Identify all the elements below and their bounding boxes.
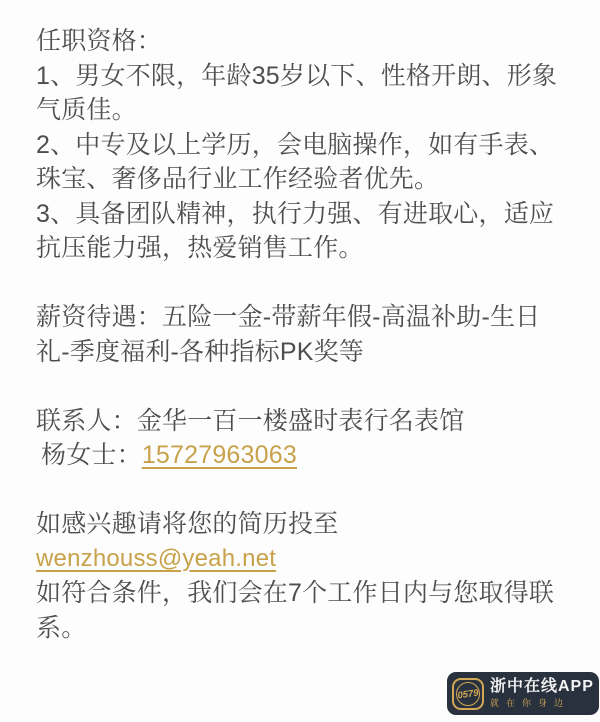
contact-person-label: 杨女士： — [41, 441, 142, 469]
qualification-line: 2、中专及以上学历，会电脑操作，如有手表、 — [36, 128, 570, 163]
salary-line: 礼-季度福利-各种指标PK奖等 — [36, 335, 570, 370]
apply-outro-line: 系。 — [36, 611, 570, 646]
app-logo-number: 0579 — [457, 687, 479, 701]
app-logo-icon: 0579 — [452, 678, 484, 710]
qualification-line: 气质佳。 — [36, 93, 570, 128]
email-link[interactable]: wenzhouss@yeah.net — [36, 545, 276, 572]
qualification-line: 1、男女不限，年龄35岁以下、性格开朗、形象 — [36, 59, 570, 94]
contact-person-line: 杨女士：15727963063 — [36, 438, 570, 473]
apply-intro-line: 如感兴趣请将您的简历投至 — [36, 507, 570, 542]
app-watermark-text: 浙中在线APP 就在你身边 — [490, 679, 594, 708]
apply-outro-line: 如符合条件，我们会在7个工作日内与您取得联 — [36, 576, 570, 611]
apply-email-line: wenzhouss@yeah.net — [36, 542, 570, 577]
job-posting-page: { "colors": { "background": "#fdfdfd", "… — [0, 0, 600, 722]
contact-location-line: 联系人：金华一百一楼盛时表行名表馆 — [36, 404, 570, 439]
qualifications-heading: 任职资格： — [36, 24, 570, 59]
app-name-label: 浙中在线APP — [490, 679, 594, 695]
qualification-line: 珠宝、奢侈品行业工作经验者优先。 — [36, 162, 570, 197]
app-logo-circle-icon: 0579 — [454, 680, 481, 707]
app-watermark-badge: 0579 浙中在线APP 就在你身边 — [447, 672, 599, 715]
job-posting-content: 任职资格： 1、男女不限，年龄35岁以下、性格开朗、形象 气质佳。 2、中专及以… — [36, 24, 570, 645]
qualification-line: 3、具备团队精神，执行力强、有进取心，适应 — [36, 197, 570, 232]
qualification-line: 抗压能力强，热爱销售工作。 — [36, 231, 570, 266]
salary-line: 薪资待遇：五险一金-带薪年假-高温补助-生日 — [36, 300, 570, 335]
phone-link[interactable]: 15727963063 — [142, 441, 297, 469]
app-slogan-label: 就在你身边 — [490, 699, 594, 708]
